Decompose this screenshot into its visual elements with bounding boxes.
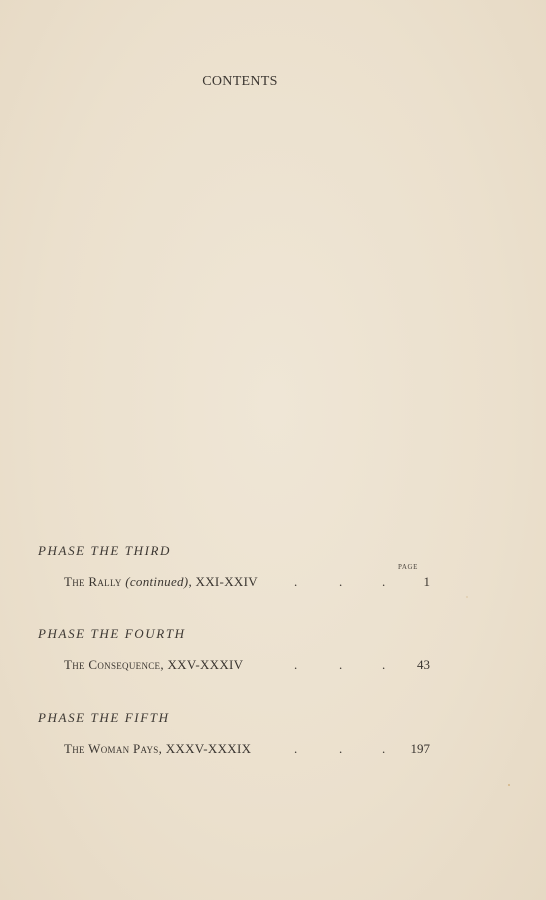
paper-speck — [508, 784, 510, 786]
book-page: CONTENTS PHASE THE THIRD PAGE The Rally … — [0, 0, 546, 900]
toc-entry-title: The Consequence, XXV-XXXIV — [64, 657, 243, 673]
toc-entry[interactable]: The Consequence, XXV-XXXIV . . . 43 — [64, 657, 432, 675]
section-heading-phase-fifth: PHASE THE FIFTH — [38, 710, 170, 726]
toc-entry-title: The Rally (continued), XXI-XXIV — [64, 574, 258, 590]
leader-dot: . — [294, 657, 297, 673]
entry-title-note: (continued) — [125, 574, 188, 589]
entry-chapters: , XXV-XXXIV — [160, 657, 243, 672]
toc-entry[interactable]: The Woman Pays, XXXV-XXXIX . . . 197 — [64, 741, 432, 759]
paper-speck — [466, 596, 468, 598]
toc-entry[interactable]: The Rally (continued), XXI-XXIV . . . 1 — [64, 574, 432, 592]
leader-dot: . — [339, 657, 342, 673]
section-heading-phase-fourth: PHASE THE FOURTH — [38, 626, 186, 642]
entry-title-main: The Woman Pays — [64, 741, 159, 756]
leader-dot: . — [294, 574, 297, 590]
entry-title-main: The Consequence — [64, 657, 160, 672]
section-heading-phase-third: PHASE THE THIRD — [38, 543, 171, 559]
leader-dot: . — [382, 741, 385, 757]
entry-page-number: 197 — [411, 741, 431, 757]
leader-dot: . — [339, 741, 342, 757]
entry-chapters: , XXXV-XXXIX — [159, 741, 252, 756]
page-title: CONTENTS — [0, 74, 480, 90]
page-column-label: PAGE — [398, 563, 418, 571]
entry-page-number: 1 — [424, 574, 431, 590]
entry-page-number: 43 — [417, 657, 430, 673]
leader-dot: . — [339, 574, 342, 590]
entry-chapters: , XXI-XXIV — [188, 574, 257, 589]
leader-dot: . — [382, 574, 385, 590]
entry-title-main: The Rally — [64, 574, 122, 589]
leader-dot: . — [382, 657, 385, 673]
toc-entry-title: The Woman Pays, XXXV-XXXIX — [64, 741, 251, 757]
leader-dot: . — [294, 741, 297, 757]
